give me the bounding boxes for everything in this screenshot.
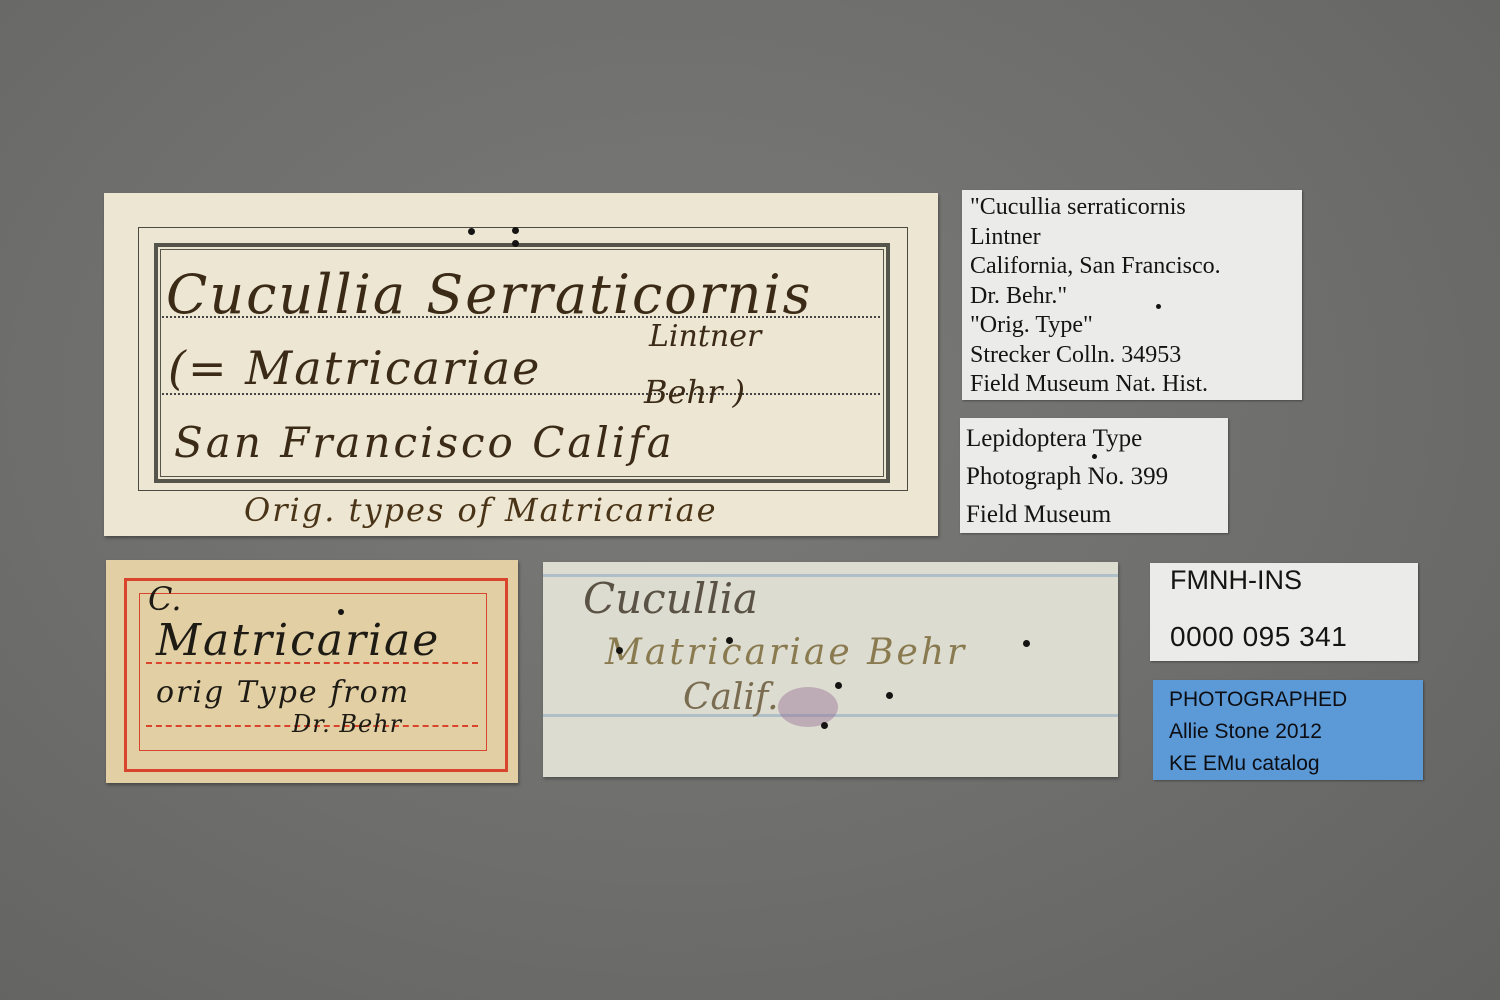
- type-label-line: "Orig. Type": [970, 311, 1302, 341]
- catalog-number: 0000 095 341: [1170, 621, 1347, 653]
- type-label-line: Lintner: [970, 223, 1302, 253]
- pin-hole: [726, 637, 733, 644]
- synonym-name: (= Matricariae: [168, 341, 541, 395]
- printed-type-label: "Cucullia serraticornis Lintner Californ…: [962, 190, 1302, 400]
- pin-hole: [835, 682, 842, 689]
- type-note: Orig. types of Matricariae: [244, 491, 718, 529]
- pin-hole: [512, 227, 519, 234]
- faded-old-label: Cucullia Matricariae Behr Calif.: [543, 562, 1118, 777]
- type-label-line: "Cucullia serraticornis: [970, 193, 1302, 223]
- species-name: Matricariae: [156, 615, 440, 666]
- pin-hole: [338, 609, 344, 615]
- type-label-line: Field Museum Nat. Hist.: [970, 370, 1302, 400]
- pin-hole: [1092, 454, 1097, 459]
- pin-hole: [1156, 304, 1161, 309]
- author-behr: Behr ): [644, 373, 745, 411]
- species-name: Matricariae Behr: [605, 632, 967, 673]
- handwritten-species-label: Cucullia Serraticornis (= Matricariae Li…: [104, 193, 938, 536]
- pin-hole: [1023, 640, 1030, 647]
- photographed-tag: PHOTOGRAPHED Allie Stone 2012 KE EMu cat…: [1153, 680, 1423, 780]
- catalog-prefix: FMNH-INS: [1170, 565, 1302, 596]
- pin-hole: [821, 722, 828, 729]
- pin-hole: [512, 240, 519, 247]
- photo-label-line: Lepidoptera Type: [966, 420, 1228, 458]
- type-label-line: California, San Francisco.: [970, 252, 1302, 282]
- species-name: Cucullia Serraticornis: [166, 263, 812, 326]
- locality: San Francisco Califa: [174, 418, 675, 467]
- ink-stain: [778, 687, 838, 727]
- photographed-heading: PHOTOGRAPHED: [1169, 684, 1423, 716]
- catalog-number-label: FMNH-INS 0000 095 341: [1150, 563, 1418, 661]
- collector: Dr. Behr: [292, 710, 402, 738]
- pin-hole: [616, 647, 623, 654]
- genus-name: Cucullia: [583, 574, 758, 623]
- author-lintner: Lintner: [649, 319, 761, 354]
- type-label-line: Dr. Behr.": [970, 282, 1302, 312]
- orange-bordered-label: C. Matricariae orig Type from Dr. Behr: [106, 560, 518, 783]
- photo-label-line: Photograph No. 399: [966, 458, 1228, 496]
- photographer: Allie Stone 2012: [1169, 716, 1423, 748]
- pin-hole: [468, 228, 475, 235]
- locality: Calif.: [683, 677, 779, 718]
- photograph-number-label: Lepidoptera Type Photograph No. 399 Fiel…: [960, 418, 1228, 533]
- genus-abbrev: C.: [148, 580, 182, 618]
- pin-hole: [886, 692, 893, 699]
- type-label-line: Strecker Colln. 34953: [970, 341, 1302, 371]
- catalog-system: KE EMu catalog: [1169, 748, 1423, 780]
- type-note: orig Type from: [156, 675, 410, 710]
- photo-label-line: Field Museum: [966, 496, 1228, 534]
